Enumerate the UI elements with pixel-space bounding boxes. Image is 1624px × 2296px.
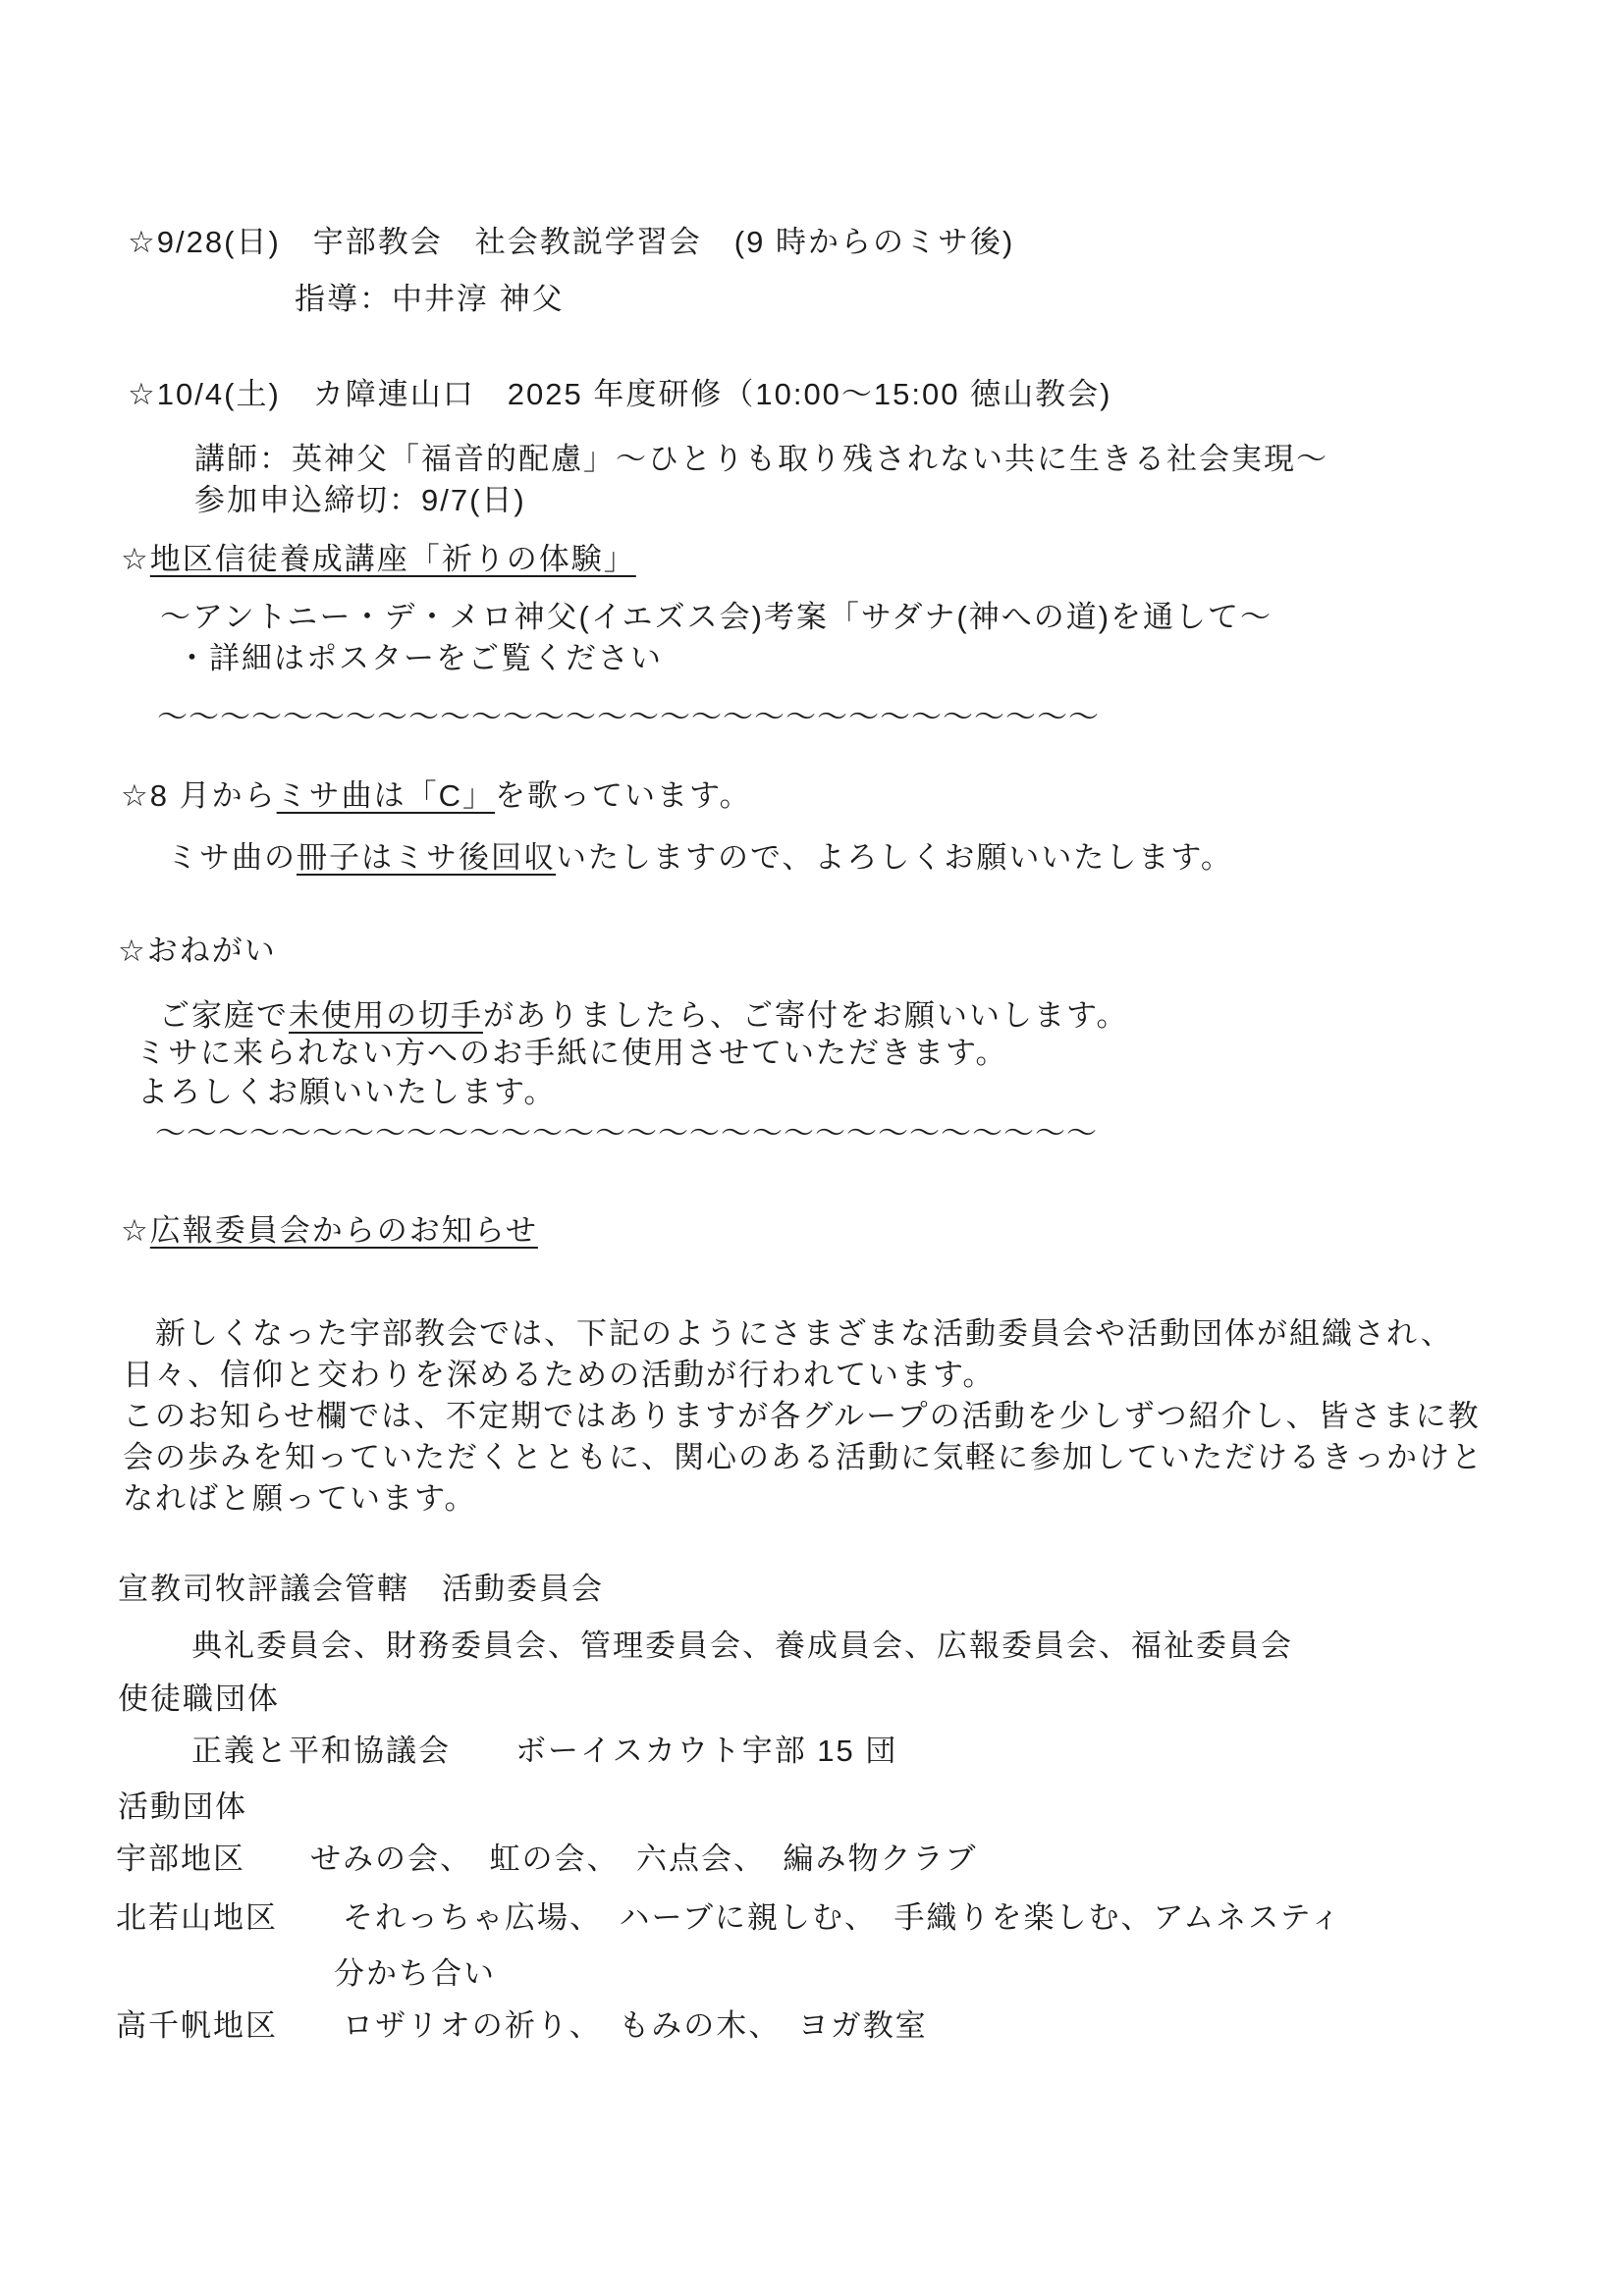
segment-pre: よろしくお願いいたします。	[137, 1075, 557, 1109]
page: ☆9/28(日) 宇部教会 社会教説学習会 (9 時からのミサ後) 指導：中井淳…	[0, 0, 1624, 2296]
segment-pre: 指導：中井淳 神父	[295, 282, 565, 316]
district-row-kitawakayama: 北若山地区 それっちゃ広場、 ハーブに親しむ、 手織りを楽しむ、アムネスティ	[116, 1899, 1342, 1936]
misa-song-line: ☆8 月からミサ曲は「C」を歌っています。	[121, 777, 752, 814]
segment-pre: 北若山地区 それっちゃ広場、 ハーブに親しむ、 手織りを楽しむ、アムネスティ	[116, 1900, 1342, 1935]
segment-pre: ☆9/28(日) 宇部教会 社会教説学習会 (9 時からのミサ後)	[128, 225, 1014, 259]
event-104-title: ☆10/4(土) カ障連山口 2025 年度研修（10:00～15:00 徳山教…	[128, 376, 1111, 412]
segment-pre: ☆	[121, 542, 150, 576]
segment-underline: 未使用の切手	[289, 998, 483, 1033]
course-detail-author: ～アントニー・デ・メロ神父(イエズス会)考案「サダナ(神への道)を通して～	[160, 599, 1272, 635]
segment-pre: ご家庭で	[159, 998, 289, 1033]
event-928-title: ☆9/28(日) 宇部教会 社会教説学習会 (9 時からのミサ後)	[128, 224, 1014, 260]
district-row-ube: 宇部地区 せみの会、 虹の会、 六点会、 編み物クラブ	[116, 1841, 978, 1877]
segment-pre: 参加申込締切：9/7(日)	[194, 483, 526, 517]
koho-paragraph-line: 新しくなった宇部教会では、下記のようにさまざまな活動委員会や活動団体が組織され、	[123, 1315, 1453, 1352]
misa-booklet-line: ミサ曲の冊子はミサ後回収いたしますので、よろしくお願いいたします。	[167, 839, 1233, 876]
koho-paragraph-line: このお知らせ欄では、不定期ではありますが各グループの活動を少しずつ紹介し、皆さま…	[123, 1398, 1481, 1434]
senkyo-committees: 典礼委員会、財務委員会、管理委員会、養成員会、広報委員会、福祉委員会	[191, 1628, 1293, 1664]
segment-pre: 典礼委員会、財務委員会、管理委員会、養成員会、広報委員会、福祉委員会	[191, 1629, 1293, 1663]
onegai-thanks: よろしくお願いいたします。	[137, 1074, 557, 1110]
segment-pre: 宣教司牧評議会管轄 活動委員会	[118, 1572, 604, 1606]
segment-pre: 高千帆地区 ロザリオの祈り、 もみの木、 ヨガ教室	[116, 2008, 928, 2043]
segment-pre: 正義と平和協議会 ボーイスカウト宇部 15 団	[191, 1734, 897, 1768]
segment-pre: 日々、信仰と交わりを深めるための活動が行われています。	[123, 1358, 996, 1392]
senkyo-heading: 宣教司牧評議会管轄 活動委員会	[118, 1571, 604, 1607]
district-row-kitawakayama-cont: 分かち合い	[334, 1955, 496, 1992]
segment-post: いたしますので、よろしくお願いいたします。	[556, 840, 1233, 875]
segment-pre: このお知らせ欄では、不定期ではありますが各グループの活動を少しずつ紹介し、皆さま…	[123, 1399, 1481, 1433]
segment-pre: ミサに来られない方へのお手紙に使用させていただきます。	[135, 1036, 1008, 1070]
segment-pre: ☆	[121, 1213, 150, 1248]
segment-underline: ミサ曲は「C」	[277, 778, 495, 813]
segment-pre: ～～～～～～～～～～～～～～～～～～～～～～～～～～～～～～	[157, 700, 1100, 734]
segment-pre: 会の歩みを知っていただくとともに、関心のある活動に気軽に参加していただけるきっか…	[123, 1440, 1484, 1474]
event-928-leader: 指導：中井淳 神父	[295, 281, 565, 317]
onegai-title: ☆おねがい	[118, 933, 277, 969]
segment-pre: なればと願っています。	[123, 1481, 477, 1516]
segment-post: がありましたら、ご寄付をお願いいします。	[483, 998, 1129, 1033]
segment-pre: 分かち合い	[334, 1956, 496, 1991]
wavy-divider: ～～～～～～～～～～～～～～～～～～～～～～～～～～～～～～	[157, 699, 1100, 735]
segment-pre: 活動団体	[118, 1789, 247, 1824]
segment-pre: ・詳細はポスターをご覧ください	[177, 641, 663, 675]
segment-pre: 宇部地区 せみの会、 虹の会、 六点会、 編み物クラブ	[116, 1842, 978, 1876]
segment-pre: ☆8 月から	[121, 778, 277, 813]
koho-paragraph-line: なればと願っています。	[123, 1480, 477, 1517]
koho-title: ☆広報委員会からのお知らせ	[121, 1212, 538, 1249]
event-104-deadline: 参加申込締切：9/7(日)	[194, 482, 526, 518]
course-title: ☆地区信徒養成講座「祈りの体験」	[121, 541, 636, 577]
koho-paragraph-line: 日々、信仰と交わりを深めるための活動が行われています。	[123, 1357, 996, 1393]
shitoshoku-items: 正義と平和協議会 ボーイスカウト宇部 15 団	[191, 1733, 897, 1769]
segment-pre: ～アントニー・デ・メロ神父(イエズス会)考案「サダナ(神への道)を通して～	[160, 600, 1272, 634]
segment-pre: ☆おねがい	[118, 934, 277, 968]
segment-pre: ～～～～～～～～～～～～～～～～～～～～～～～～～～～～～～	[155, 1116, 1098, 1150]
segment-pre: ミサ曲の	[167, 840, 297, 875]
segment-underline: 地区信徒養成講座「祈りの体験」	[150, 542, 636, 576]
segment-pre: 講師：英神父「福音的配慮」～ひとりも取り残されない共に生きる社会実現～	[194, 442, 1328, 476]
segment-underline: 広報委員会からのお知らせ	[150, 1213, 538, 1248]
district-row-takachiho: 高千帆地区 ロザリオの祈り、 もみの木、 ヨガ教室	[116, 2007, 928, 2044]
segment-pre: 使徒職団体	[118, 1682, 280, 1716]
segment-underline: 冊子はミサ後回収	[297, 840, 556, 875]
shitoshoku-heading: 使徒職団体	[118, 1681, 280, 1717]
event-104-lecturer: 講師：英神父「福音的配慮」～ひとりも取り残されない共に生きる社会実現～	[194, 441, 1328, 477]
segment-pre: 新しくなった宇部教会では、下記のようにさまざまな活動委員会や活動団体が組織され、	[123, 1316, 1453, 1351]
segment-pre: ☆10/4(土) カ障連山口 2025 年度研修（10:00～15:00 徳山教…	[128, 377, 1111, 411]
onegai-stamps: ご家庭で未使用の切手がありましたら、ご寄付をお願いいします。	[159, 997, 1129, 1034]
katsudo-heading: 活動団体	[118, 1789, 247, 1825]
onegai-use: ミサに来られない方へのお手紙に使用させていただきます。	[135, 1035, 1008, 1071]
course-detail-poster: ・詳細はポスターをご覧ください	[177, 640, 663, 676]
koho-paragraph-line: 会の歩みを知っていただくとともに、関心のある活動に気軽に参加していただけるきっか…	[123, 1439, 1484, 1475]
wavy-divider: ～～～～～～～～～～～～～～～～～～～～～～～～～～～～～～	[155, 1115, 1098, 1151]
segment-post: を歌っています。	[495, 778, 752, 813]
